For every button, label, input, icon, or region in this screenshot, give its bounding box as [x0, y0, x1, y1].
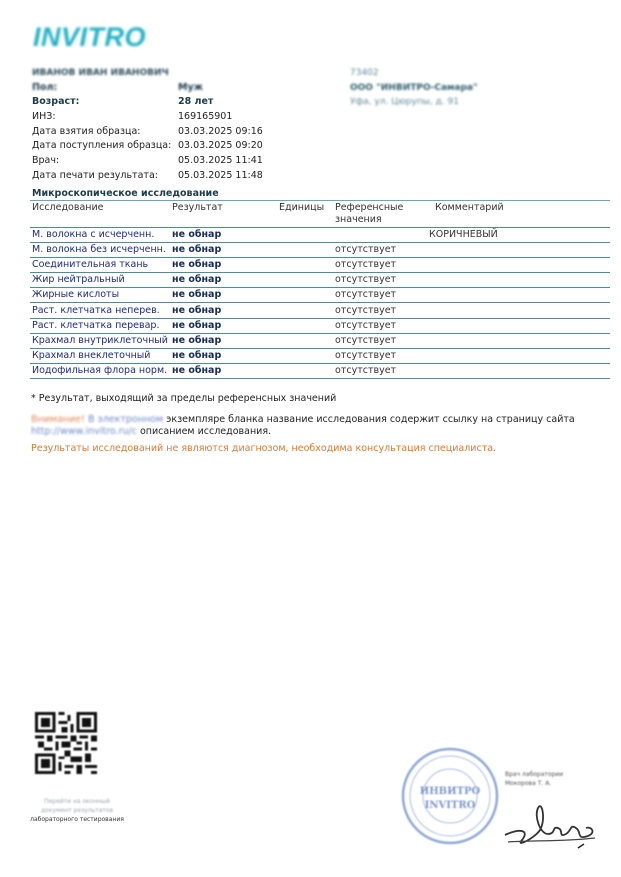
- svg-text:INVITRO: INVITRO: [425, 800, 476, 811]
- column-header-comment: Комментарий: [427, 201, 610, 228]
- units-value: [259, 363, 333, 378]
- field-value: 169165901: [178, 110, 232, 125]
- table-row: Крахмал внутриклеточныйне обнаротсутству…: [30, 333, 610, 348]
- reference-value: отсутствует: [333, 273, 427, 288]
- comment-value: [427, 303, 610, 318]
- signature-icon: [500, 790, 605, 852]
- patient-field-arrival-date: Дата поступления образца: 03.03.2025 09:…: [32, 139, 263, 154]
- units-value: [259, 333, 333, 348]
- table-row: Раст. клетчатка перевар.не обнаротсутств…: [30, 318, 610, 333]
- warning-part4: описанием исследования.: [140, 426, 271, 437]
- units-value: [259, 228, 333, 243]
- section-title: Микроскопическое исследование: [32, 188, 219, 199]
- test-name[interactable]: М. волокна без исчерченн.: [30, 243, 170, 258]
- lab-info: 73402 ООО "ИНВИТРО-Самара" Уфа, ул. Цюру…: [350, 66, 478, 110]
- test-name[interactable]: Жир нейтральный: [30, 273, 170, 288]
- lab-code: 73402: [350, 66, 478, 81]
- table-row: М. волокна с исчерченн.не обнарКОРИЧНЕВЫ…: [30, 228, 610, 243]
- table-header-row: Исследование Результат Единицы Референсн…: [30, 201, 610, 228]
- result-value: не обнар: [170, 348, 259, 363]
- comment-value: [427, 363, 610, 378]
- patient-field-inz: ИНЗ: 169165901: [32, 110, 263, 125]
- patient-field-age: Возраст: 28 лет: [32, 95, 263, 110]
- patient-field-sex: Пол: Муж: [32, 81, 263, 96]
- field-value: 28 лет: [178, 95, 213, 110]
- field-label: Дата взятия образца:: [32, 125, 178, 140]
- field-label: ИНЗ:: [32, 110, 178, 125]
- column-header-units: Единицы: [259, 201, 333, 228]
- test-name[interactable]: Жирные кислоты: [30, 288, 170, 303]
- table-row: Крахмал внеклеточныйне обнаротсутствует: [30, 348, 610, 363]
- units-value: [259, 303, 333, 318]
- units-value: [259, 288, 333, 303]
- units-value: [259, 258, 333, 273]
- table-row: М. волокна без исчерченн.не обнаротсутст…: [30, 243, 610, 258]
- invitro-link[interactable]: http://www.invitro.ru/: [31, 426, 132, 437]
- column-header-test: Исследование: [30, 201, 170, 228]
- units-value: [259, 318, 333, 333]
- column-header-result: Результат: [170, 201, 259, 228]
- reference-value: отсутствует: [333, 363, 427, 378]
- units-value: [259, 243, 333, 258]
- reference-value: отсутствует: [333, 318, 427, 333]
- qr-caption: Перейти на оконный документ результатов …: [22, 797, 132, 824]
- reference-value: отсутствует: [333, 243, 427, 258]
- asterisk-note: * Результат, выходящий за пределы рефере…: [31, 393, 336, 404]
- patient-name: ИВАНОВ ИВАН ИВАНОВИЧ: [32, 66, 169, 81]
- result-value: не обнар: [170, 318, 259, 333]
- svg-text:ИНВИТРО: ИНВИТРО: [420, 786, 481, 797]
- test-name[interactable]: Раст. клетчатка перевар.: [30, 318, 170, 333]
- table-row: Иодофильная флора норм.не обнаротсутству…: [30, 363, 610, 378]
- field-value: 05.03.2025 11:48: [178, 169, 263, 184]
- reference-value: [333, 228, 427, 243]
- result-value: не обнар: [170, 258, 259, 273]
- test-name[interactable]: Крахмал внутриклеточный: [30, 333, 170, 348]
- result-value: не обнар: [170, 288, 259, 303]
- qr-caption-line2: документ результатов: [22, 806, 132, 815]
- results-table: Исследование Результат Единицы Референсн…: [30, 200, 610, 379]
- field-value: 05.03.2025 11:41: [178, 154, 263, 169]
- field-value: Муж: [178, 81, 203, 96]
- test-name[interactable]: Раст. клетчатка неперев.: [30, 303, 170, 318]
- warning-part2: экземпляре бланка название исследования …: [163, 414, 575, 425]
- field-label: Пол:: [32, 81, 178, 96]
- test-name[interactable]: Крахмал внеклеточный: [30, 348, 170, 363]
- reference-value: отсутствует: [333, 288, 427, 303]
- comment-value: [427, 273, 610, 288]
- units-value: [259, 348, 333, 363]
- result-value: не обнар: [170, 363, 259, 378]
- patient-field-doctor: Врач: 05.03.2025 11:41: [32, 154, 263, 169]
- warning-part3: с: [132, 426, 140, 437]
- signer-info: Врач лаборатории Мокорова Т. А.: [505, 770, 563, 788]
- test-name[interactable]: М. волокна с исчерченн.: [30, 228, 170, 243]
- field-label: Возраст:: [32, 95, 178, 110]
- result-value: не обнар: [170, 273, 259, 288]
- reference-value: отсутствует: [333, 303, 427, 318]
- table-row: Соединительная тканьне обнаротсутствует: [30, 258, 610, 273]
- lab-organization: ООО "ИНВИТРО-Самара": [350, 81, 478, 96]
- result-value: не обнар: [170, 243, 259, 258]
- test-name[interactable]: Соединительная ткань: [30, 258, 170, 273]
- qr-caption-line3: лабораторного тестирования: [22, 815, 132, 824]
- result-value: не обнар: [170, 333, 259, 348]
- field-value: 03.03.2025 09:20: [178, 139, 263, 154]
- comment-value: КОРИЧНЕВЫЙ: [427, 228, 610, 243]
- units-value: [259, 273, 333, 288]
- table-row: Жир нейтральныйне обнаротсутствует: [30, 273, 610, 288]
- patient-field-sample-date: Дата взятия образца: 03.03.2025 09:16: [32, 125, 263, 140]
- field-label: Дата поступления образца:: [32, 139, 178, 154]
- field-label: Дата печати результата:: [32, 169, 178, 184]
- table-row: Раст. клетчатка неперев.не обнаротсутств…: [30, 303, 610, 318]
- warning-note: Внимание! В электронном экземпляре бланк…: [31, 414, 591, 438]
- signer-title: Врач лаборатории: [505, 770, 563, 779]
- reference-value: отсутствует: [333, 333, 427, 348]
- comment-value: [427, 318, 610, 333]
- invitro-logo: INVITRO: [33, 22, 146, 53]
- test-name[interactable]: Иодофильная флора норм.: [30, 363, 170, 378]
- comment-value: [427, 333, 610, 348]
- comment-value: [427, 258, 610, 273]
- signer-name: Мокорова Т. А.: [505, 779, 563, 788]
- comment-value: [427, 348, 610, 363]
- qr-caption-line1: Перейти на оконный: [22, 797, 132, 806]
- comment-value: [427, 243, 610, 258]
- result-value: не обнар: [170, 303, 259, 318]
- warning-label: Внимание!: [31, 414, 85, 425]
- patient-info: ИВАНОВ ИВАН ИВАНОВИЧ Пол: Муж Возраст: 2…: [32, 66, 263, 184]
- comment-value: [427, 288, 610, 303]
- field-label: Врач:: [32, 154, 178, 169]
- warning-part1: В электронном: [85, 414, 163, 425]
- column-header-reference: Референсные значения: [333, 201, 427, 228]
- stamp-icon: ИНВИТРО INVITRO: [400, 746, 500, 846]
- table-row: Жирные кислотыне обнаротсутствует: [30, 288, 610, 303]
- reference-value: отсутствует: [333, 348, 427, 363]
- qr-code-icon[interactable]: [35, 712, 97, 774]
- lab-address: Уфа, ул. Цюрупы, д. 91: [350, 95, 478, 110]
- disclaimer: Результаты исследований не являются диаг…: [31, 443, 496, 454]
- result-value: не обнар: [170, 228, 259, 243]
- reference-value: отсутствует: [333, 258, 427, 273]
- patient-field-print-date: Дата печати результата: 05.03.2025 11:48: [32, 169, 263, 184]
- field-value: 03.03.2025 09:16: [178, 125, 263, 140]
